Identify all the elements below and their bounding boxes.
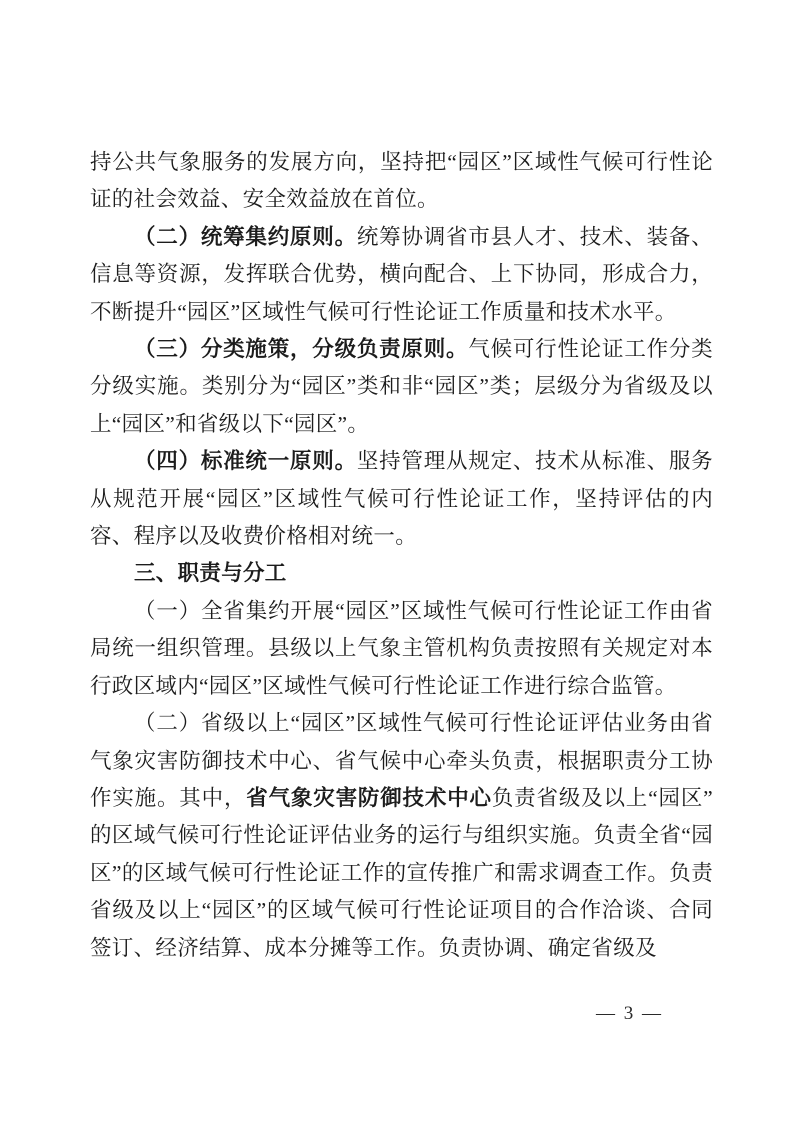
paragraph-duty-2-text-after: 负责省级及以上“园区”的区域气候可行性论证评估业务的运行与组织实施。负责全省“园… — [90, 786, 713, 960]
paragraph-principle-2-lead: （二）统筹集约原则。 — [134, 225, 357, 249]
paragraph-continuation-text: 持公共气象服务的发展方向，坚持把“园区”区域性气候可行性论证的社会效益、安全效益… — [90, 150, 713, 211]
paragraph-principle-4-lead: （四）标准统一原则。 — [134, 449, 357, 473]
paragraph-duty-2: （二）省级以上“园区”区域性气候可行性论证评估业务由省气象灾害防御技术中心、省气… — [90, 705, 713, 967]
document-page: 持公共气象服务的发展方向，坚持把“园区”区域性气候可行性论证的社会效益、安全效益… — [0, 0, 793, 1122]
paragraph-duty-2-org-bold: 省气象灾害防御技术中心 — [246, 786, 492, 810]
document-body: 持公共气象服务的发展方向，坚持把“园区”区域性气候可行性论证的社会效益、安全效益… — [90, 144, 713, 967]
page-number: — 3 — — [596, 1002, 663, 1026]
paragraph-principle-3: （三）分类施策，分级负责原则。气候可行性论证工作分类分级实施。类别分为“园区”类… — [90, 331, 713, 443]
paragraph-duty-1: （一）全省集约开展“园区”区域性气候可行性论证工作由省局统一组织管理。县级以上气… — [90, 593, 713, 705]
paragraph-principle-2: （二）统筹集约原则。统筹协调省市县人才、技术、装备、信息等资源，发挥联合优势，横… — [90, 219, 713, 331]
paragraph-principle-3-lead: （三）分类施策，分级负责原则。 — [134, 337, 468, 361]
section-heading-duties: 三、职责与分工 — [90, 555, 713, 592]
paragraph-duty-1-text: （一）全省集约开展“园区”区域性气候可行性论证工作由省局统一组织管理。县级以上气… — [90, 599, 713, 698]
paragraph-principle-4: （四）标准统一原则。坚持管理从规定、技术从标准、服务从规范开展“园区”区域性气候… — [90, 443, 713, 555]
paragraph-continuation: 持公共气象服务的发展方向，坚持把“园区”区域性气候可行性论证的社会效益、安全效益… — [90, 144, 713, 219]
